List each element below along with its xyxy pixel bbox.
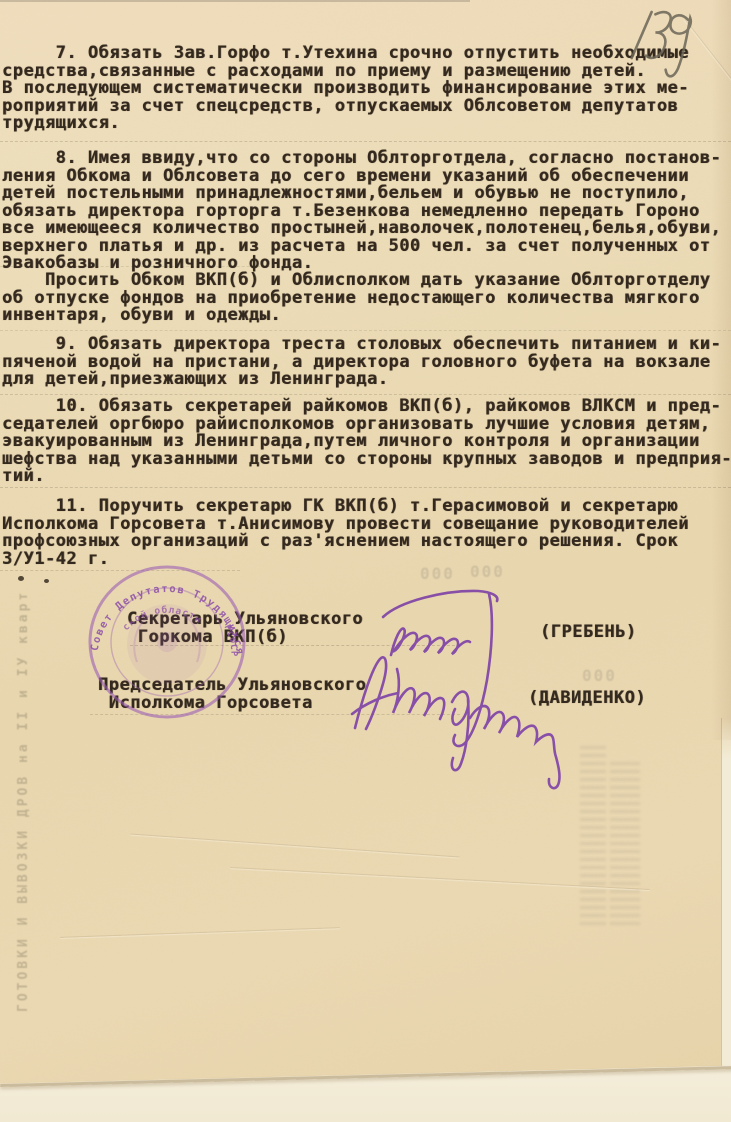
secretary-name: (ГРЕБЕНЬ) <box>540 624 637 642</box>
ink-speck <box>44 579 49 583</box>
scan-artifact-line <box>0 570 240 571</box>
scan-artifact-line <box>0 394 731 395</box>
ghost-bleedthrough-left-text: ГОТОВКИ И ВЫВОЗКИ ДРОВ на II и IУ кварт <box>16 562 31 1012</box>
ghost-digits: 000 <box>582 666 617 685</box>
paragraph-item-7: 7. Обязать Зав.Горфо т.Утехина срочно от… <box>2 45 729 133</box>
scan-artifact-line <box>0 330 731 331</box>
secretary-title: Секретарь Ульяновского Горкома ВКП(б) <box>127 611 363 646</box>
underlying-sheet-right-edge <box>721 718 731 1122</box>
ghost-bleedthrough-column <box>580 745 606 925</box>
paragraph-item-11: 11. Поручить секретарю ГК ВКП(б) т.Герас… <box>2 498 729 568</box>
scan-artifact-line <box>0 487 731 488</box>
chairman-name: (ДАВИДЕНКО) <box>528 690 646 708</box>
chairman-title: Председатель Ульяновского Исполкома Горс… <box>98 677 366 712</box>
ink-speck <box>18 576 24 581</box>
page-top-edge <box>0 0 470 2</box>
paragraph-item-9: 9. Обязать директора треста столовых обе… <box>2 336 729 389</box>
paragraph-item-8-request: Просить Обком ВКП(б) и Облисполком дать … <box>2 272 729 325</box>
paragraph-item-10: 10. Обязать секретарей райкомов ВКП(б), … <box>2 398 729 486</box>
ghost-bleedthrough-column <box>610 760 640 925</box>
scan-artifact-line <box>90 714 460 715</box>
document-page: ГОТОВКИ И ВЫВОЗКИ ДРОВ на II и IУ кварт … <box>0 0 731 1122</box>
scan-artifact-line <box>0 141 731 142</box>
paragraph-item-8: 8. Имея ввиду,что со стороны Облторготде… <box>2 150 729 273</box>
